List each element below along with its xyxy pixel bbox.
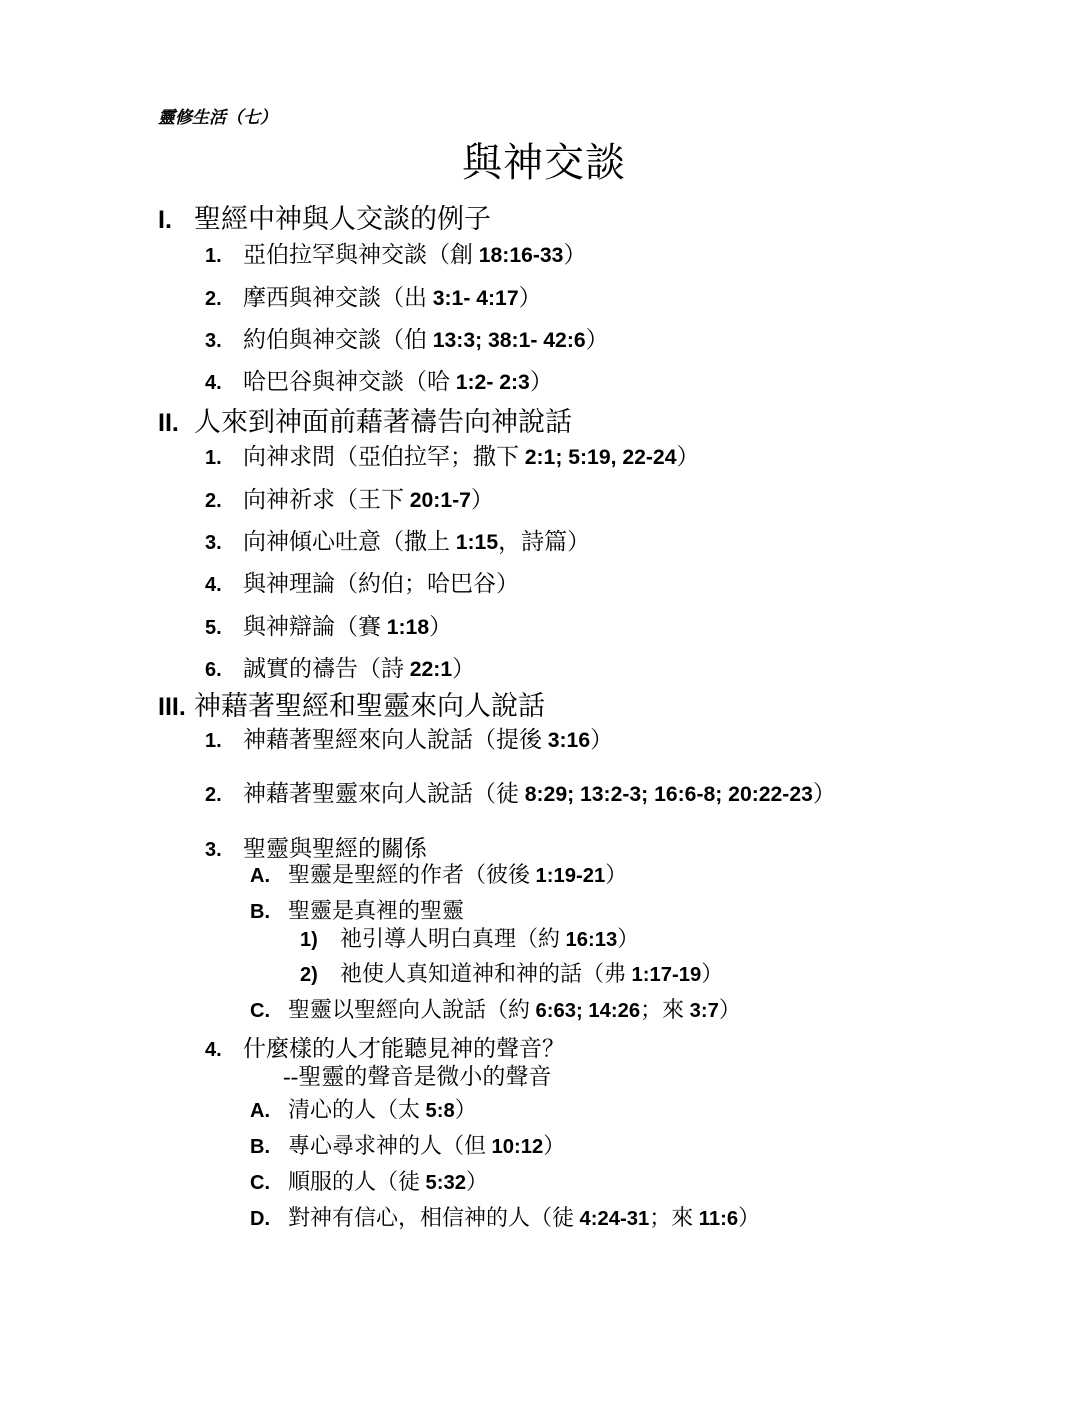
section-heading-text: 聖經中神與人交談的例子 — [194, 197, 491, 236]
outline-item: 2. 摩西與神交談（出 3:1- 4:17） — [205, 279, 542, 312]
item-label: 5. — [205, 617, 243, 640]
outline-item: 6. 誠實的禱告（詩 22:1） — [205, 650, 475, 683]
page-title: 與神交談 — [0, 131, 1088, 188]
item-label: 4. — [205, 1039, 243, 1062]
item-text: 祂使人真知道神和神的話（弗 1:17-19） — [340, 957, 723, 988]
item-text: 聖靈是聖經的作者（彼後 1:19-21） — [288, 858, 627, 889]
item-text: 與神理論（約伯；哈巴谷） — [243, 565, 519, 598]
item-text: 聖靈以聖經向人說話（約 6:63; 14:26；來 3:7） — [288, 993, 741, 1024]
section-heading-text: 人來到神面前藉著禱告向神說話 — [194, 400, 572, 439]
item-text: 專心尋求神的人（但 10:12） — [288, 1129, 565, 1160]
item-label: D. — [250, 1208, 288, 1231]
item-label: 3. — [205, 330, 243, 353]
outline-item: 4. 哈巴谷與神交談（哈 1:2- 2:3） — [205, 363, 553, 396]
outline-subitem: A. 清心的人（太 5:8） — [250, 1093, 477, 1124]
item-label: 2. — [205, 784, 243, 807]
outline-item: 1. 亞伯拉罕與神交談（創 18:16-33） — [205, 236, 586, 269]
item-text: 向神傾心吐意（撒上 1:15，詩篇） — [243, 523, 590, 556]
item-label: 2. — [205, 490, 243, 513]
item-label: B. — [250, 901, 288, 924]
item-text: 祂引導人明白真理（約 16:13） — [340, 922, 639, 953]
item-label: 1. — [205, 245, 243, 268]
item-label: 3. — [205, 839, 243, 862]
item-label: 2) — [300, 964, 340, 987]
item-label: 1. — [205, 447, 243, 470]
item-text: 與神辯論（賽 1:18） — [243, 608, 452, 641]
item-label: C. — [250, 1172, 288, 1195]
section-heading-3: III. 神藉著聖經和聖靈來向人說話 — [158, 684, 545, 723]
item-text: 約伯與神交談（伯 13:3; 38:1- 42:6） — [243, 321, 609, 354]
outline-item: 2. 神藉著聖靈來向人說話（徒 8:29; 13:2-3; 16:6-8; 20… — [205, 775, 836, 808]
item-label: A. — [250, 1100, 288, 1123]
outline-subitem: D. 對神有信心，相信神的人（徒 4:24-31；來 11:6） — [250, 1201, 760, 1232]
item-text: 順服的人（徒 5:32） — [288, 1165, 488, 1196]
item-text: 向神祈求（王下 20:1-7） — [243, 481, 494, 514]
outline-subitem: B. 聖靈是真裡的聖靈 — [250, 894, 464, 925]
outline-item: 4. 與神理論（約伯；哈巴谷） — [205, 565, 519, 598]
item-text: 向神求問（亞伯拉罕；撒下 2:1; 5:19, 22-24） — [243, 438, 699, 471]
item-label: 4. — [205, 574, 243, 597]
outline-item: 5. 與神辯論（賽 1:18） — [205, 608, 452, 641]
item-label: 2. — [205, 288, 243, 311]
item-label: 1) — [300, 929, 340, 952]
outline-subitem: C. 聖靈以聖經向人說話（約 6:63; 14:26；來 3:7） — [250, 993, 741, 1024]
document-series-header: 靈修生活（七） — [158, 103, 277, 128]
document-page: 靈修生活（七） 與神交談 I. 聖經中神與人交談的例子 1. 亞伯拉罕與神交談（… — [0, 0, 1088, 1408]
item-text: 神藉著聖經來向人說話（提後 3:16） — [243, 721, 613, 754]
item-label: 3. — [205, 532, 243, 555]
item-label: 6. — [205, 659, 243, 682]
section-heading-1: I. 聖經中神與人交談的例子 — [158, 197, 491, 236]
outline-item: 3. 向神傾心吐意（撒上 1:15，詩篇） — [205, 523, 590, 556]
item-text: 聖靈是真裡的聖靈 — [288, 894, 464, 925]
item-label: A. — [250, 865, 288, 888]
item-text: 誠實的禱告（詩 22:1） — [243, 650, 475, 683]
note-text: --聖靈的聲音是微小的聲音 — [283, 1058, 551, 1091]
item-label: B. — [250, 1136, 288, 1159]
outline-item: 3. 約伯與神交談（伯 13:3; 38:1- 42:6） — [205, 321, 609, 354]
outline-subitem: C. 順服的人（徒 5:32） — [250, 1165, 488, 1196]
outline-item: 1. 向神求問（亞伯拉罕；撒下 2:1; 5:19, 22-24） — [205, 438, 699, 471]
item-note: --聖靈的聲音是微小的聲音 — [283, 1058, 551, 1091]
outline-subsubitem: 1) 祂引導人明白真理（約 16:13） — [300, 922, 639, 953]
item-label: 4. — [205, 372, 243, 395]
outline-subsubitem: 2) 祂使人真知道神和神的話（弗 1:17-19） — [300, 957, 723, 988]
item-text: 神藉著聖靈來向人說話（徒 8:29; 13:2-3; 16:6-8; 20:22… — [243, 775, 836, 808]
outline-subitem: B. 專心尋求神的人（但 10:12） — [250, 1129, 565, 1160]
section-heading-text: 神藉著聖經和聖靈來向人說話 — [194, 684, 545, 723]
section-heading-2: II. 人來到神面前藉著禱告向神說話 — [158, 400, 572, 439]
outline-item: 2. 向神祈求（王下 20:1-7） — [205, 481, 494, 514]
item-text: 亞伯拉罕與神交談（創 18:16-33） — [243, 236, 586, 269]
item-text: 清心的人（太 5:8） — [288, 1093, 477, 1124]
section-numeral: II. — [158, 409, 194, 438]
series-header-text: 靈修生活（七） — [158, 103, 277, 128]
item-label: C. — [250, 1000, 288, 1023]
section-numeral: III. — [158, 693, 194, 722]
outline-item: 1. 神藉著聖經來向人說話（提後 3:16） — [205, 721, 613, 754]
outline-subitem: A. 聖靈是聖經的作者（彼後 1:19-21） — [250, 858, 627, 889]
item-label: 1. — [205, 730, 243, 753]
section-numeral: I. — [158, 206, 194, 235]
item-text: 哈巴谷與神交談（哈 1:2- 2:3） — [243, 363, 553, 396]
item-text: 對神有信心，相信神的人（徒 4:24-31；來 11:6） — [288, 1201, 760, 1232]
item-text: 摩西與神交談（出 3:1- 4:17） — [243, 279, 542, 312]
